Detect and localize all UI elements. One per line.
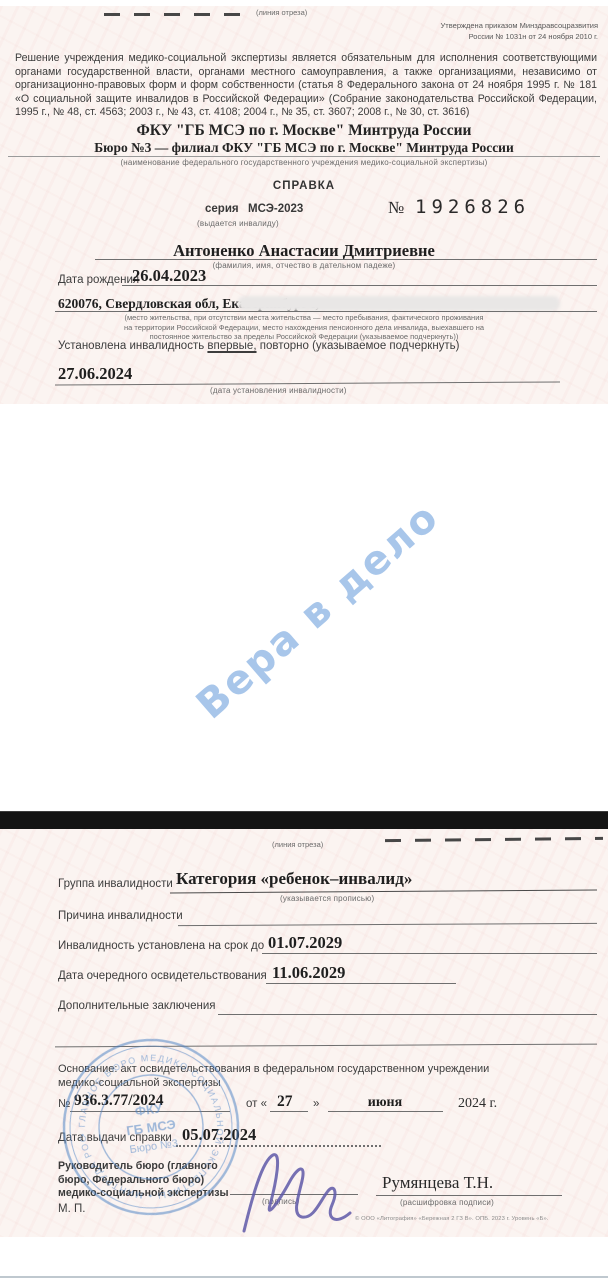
established-pre: Установлена инвалидность [58,340,204,352]
series-label: серия [205,203,239,215]
act-month-underline [328,1111,443,1112]
address-caption: (место жительства, при отсутствии места … [0,313,608,342]
term-value: 01.07.2029 [268,933,342,953]
recipient-caption: (фамилия, имя, отчество в дательном паде… [0,261,608,270]
established-date-value: 27.06.2024 [58,364,132,384]
signature-icon [232,1143,367,1238]
signer-underline [376,1195,562,1196]
next-exam-value: 11.06.2029 [272,963,345,983]
group-caption: (указывается прописью) [280,894,374,903]
address-caption-line2: на территории Российской Федерации, мест… [124,323,484,332]
series-value: МСЭ-2023 [248,203,303,215]
act-day-value: 27 [277,1093,293,1111]
watermark-text: Вера в дело [188,494,448,729]
stamp-ring-text: • ГЛАВНОЕ БЮРО МЕДИКО-СОЦИАЛЬНОЙ ЭКСПЕРТ… [48,1024,234,1213]
act-year-value: 2024 г. [458,1096,497,1112]
scan-bottom-edge [0,1276,608,1278]
doc-title: СПРАВКА [0,180,608,192]
stamp-center-line3: Бюро №3 [129,1137,179,1156]
org-name-underline [8,156,600,157]
signer-caption: (расшифровка подписи) [400,1198,494,1207]
stamp-center-line2: ГБ МСЭ [125,1117,176,1139]
act-day-underline [270,1111,308,1112]
birth-date-underline [122,285,597,286]
term-label: Инвалидность установлена на срок до [58,940,264,952]
act-close-quote: » [313,1098,319,1110]
address-privacy-blur [238,296,560,311]
next-exam-label: Дата очередного освидетельствования [58,970,267,982]
org-name-caption: (наименование федерального государственн… [0,158,608,167]
recipient-name: Антоненко Анастасии Дмитриевне [0,241,608,261]
certificate-number: 1926826 [415,196,530,218]
established-date-caption: (дата установления инвалидности) [210,386,347,395]
address-caption-line1: (место жительства, при отсутствии места … [125,313,484,322]
birth-date-value: 26.04.2023 [132,266,206,286]
number-sign: № [388,198,404,218]
issued-caption: (выдается инвалиду) [197,219,279,228]
approval-note-line2: России № 1031н от 24 ноября 2010 г. [469,32,598,41]
approval-note: Утверждена приказом Минздравсоцразвития … [330,21,598,42]
act-from-label: от « [246,1098,267,1110]
group-value: Категория «ребенок–инвалид» [176,869,412,889]
org-name-line1: ФКУ "ГБ МСЭ по г. Москве" Минтруда Росси… [0,122,608,140]
svg-text:• ГЛАВНОЕ БЮРО МЕДИКО-СОЦИАЛЬН: • ГЛАВНОЕ БЮРО МЕДИКО-СОЦИАЛЬНОЙ ЭКСПЕРТ… [48,1024,234,1213]
cause-label: Причина инвалидности [58,910,183,922]
cut-line-label: (линия отреза) [256,8,307,17]
legal-text: Решение учреждения медико-социальной экс… [15,52,597,120]
established-rest: повторно (указываемое подчеркнуть) [260,340,460,352]
established-line: Установлена инвалидность впервые, повтор… [58,340,460,352]
established-underlined-word: впервые, [207,340,256,352]
group-label: Группа инвалидности [58,878,173,890]
term-underline [262,953,597,954]
stamp-center-line1: ФКУ [134,1100,164,1119]
recipient-underline [95,259,597,260]
additional-label: Дополнительные заключения [58,1000,216,1012]
address-underline [55,311,597,312]
cut-line-label-2: (линия отреза) [272,840,323,849]
signer-name: Румянцева Т.Н. [382,1173,493,1193]
additional-underline [218,1014,597,1015]
cut-line-dashes-top [104,13,252,16]
next-exam-underline [266,983,456,984]
approval-note-line1: Утверждена приказом Минздравсоцразвития [441,21,598,30]
org-name-line2: Бюро №3 — филиал ФКУ "ГБ МСЭ по г. Москв… [0,140,608,156]
page-divider-bar [0,811,608,829]
official-stamp: • ГЛАВНОЕ БЮРО МЕДИКО-СОЦИАЛЬНОЙ ЭКСПЕРТ… [48,1024,254,1230]
act-month-value: июня [330,1095,440,1111]
print-credit: © ООО «Литография» «Бережная 2 ГЗ В». ОП… [355,1216,595,1222]
